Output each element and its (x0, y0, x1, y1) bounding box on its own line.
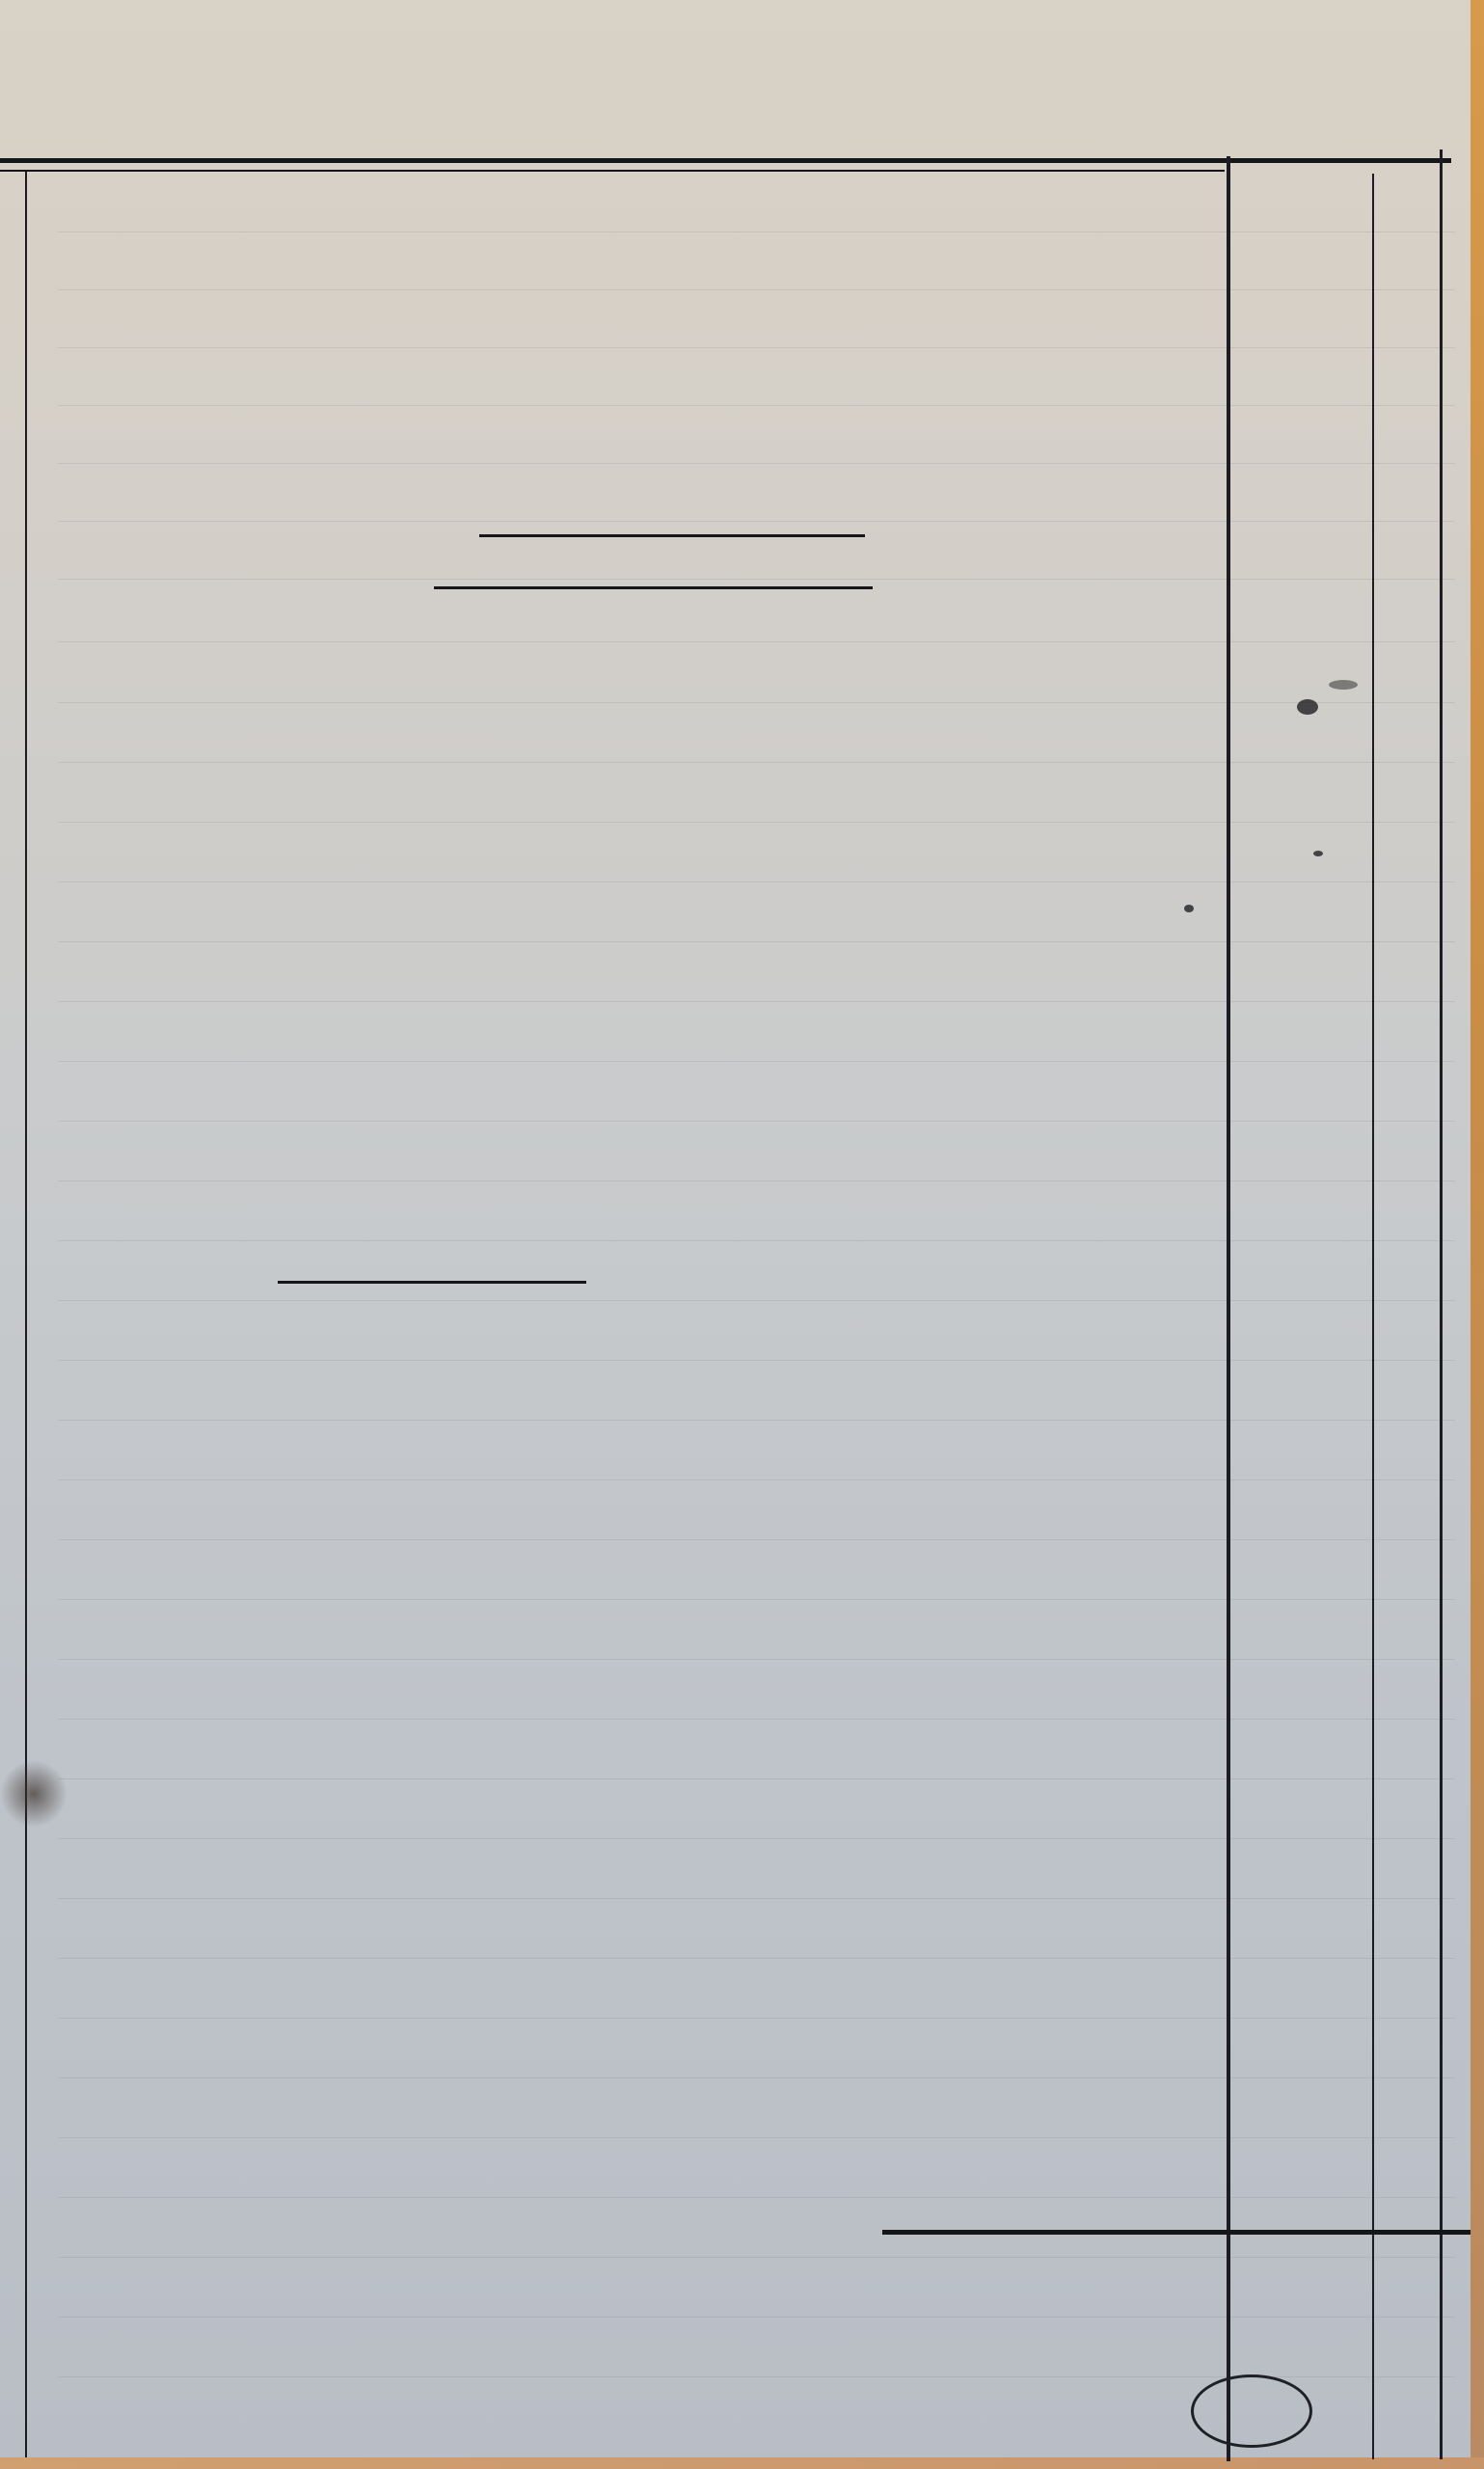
ink-blot (1313, 851, 1323, 856)
ink-blot (1297, 699, 1318, 715)
page-edge-bottom (0, 2457, 1484, 2469)
skilling-column-line (1440, 149, 1443, 2459)
ink-smudge (0, 1760, 67, 1828)
ink-blot (1329, 680, 1358, 690)
header-rule-thin (0, 170, 1225, 172)
page-edge-right (1471, 0, 1484, 2469)
sum-rule-top (479, 534, 865, 537)
left-margin-line (25, 172, 27, 2457)
riksdaler-column-line (1372, 174, 1374, 2459)
sum-rule (278, 1281, 586, 1284)
header-rule (0, 158, 1451, 163)
ink-blot (1184, 905, 1194, 912)
sum-rule-bottom (434, 586, 873, 589)
amount-column-line (1227, 156, 1230, 2461)
total-rule (882, 2230, 1471, 2235)
page-number-flourish (1191, 2374, 1312, 2448)
